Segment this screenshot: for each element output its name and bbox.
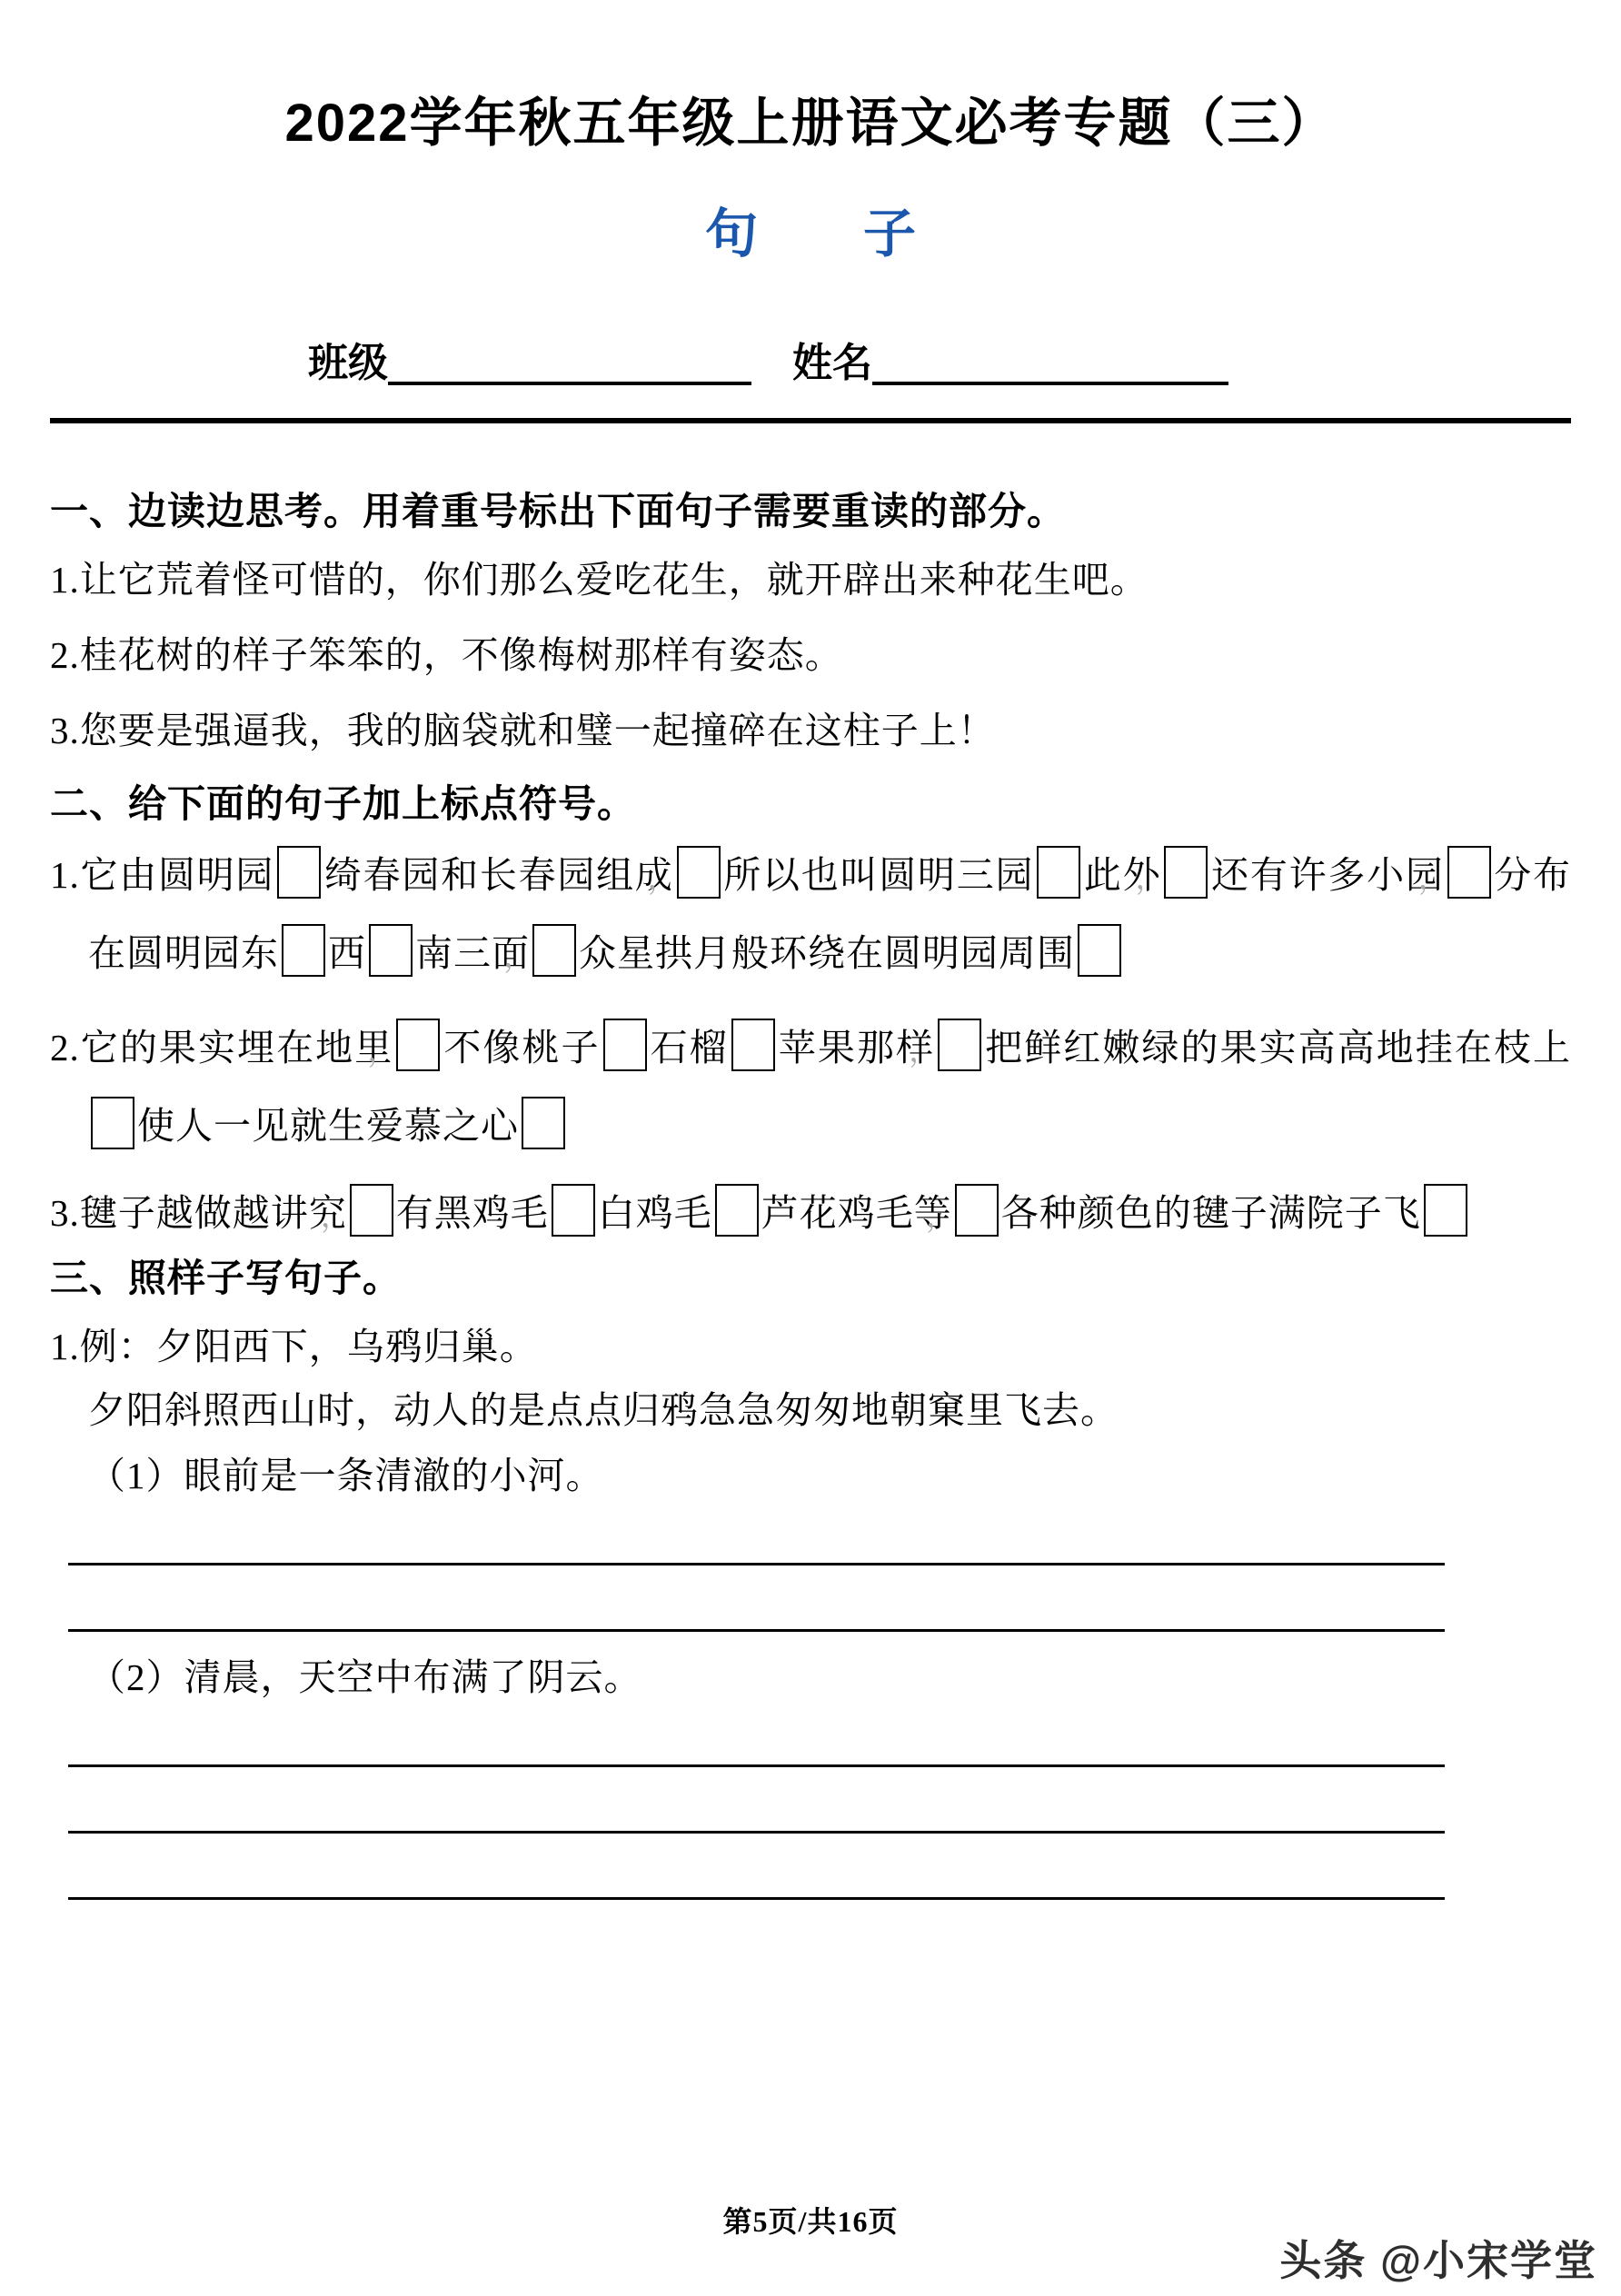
question-item: 1.它由圆明园绮春园和长春园组成，所以也叫圆明三园此外，还有许多小园，分布在圆明… bbox=[50, 836, 1571, 992]
question-number: 3. bbox=[50, 710, 80, 751]
punctuation-box[interactable] bbox=[552, 1184, 595, 1237]
punctuation-box[interactable]: ， bbox=[1164, 846, 1208, 899]
section-3-heading: 三、照样子写句子。 bbox=[50, 1256, 1571, 1301]
name-label: 姓名 bbox=[792, 341, 872, 385]
question-number: 2. bbox=[50, 1027, 80, 1068]
answer-line[interactable] bbox=[68, 1897, 1445, 1900]
question-number: 1. bbox=[50, 854, 80, 896]
watermark: 头条 @小宋学堂 bbox=[1279, 2228, 1597, 2288]
question-item: 3.您要是强逼我，我的脑袋就和璧一起撞碎在这柱子上！ bbox=[50, 707, 1571, 754]
section-2-heading: 二、给下面的句子加上标点符号。 bbox=[50, 781, 1571, 827]
punctuation-box[interactable] bbox=[715, 1184, 759, 1237]
punctuation-box[interactable]: ， bbox=[938, 1019, 981, 1071]
class-blank-line[interactable] bbox=[388, 342, 751, 385]
class-label: 班级 bbox=[308, 341, 388, 385]
section-pattern-writing: 三、照样子写句子。 1.例：夕阳西下，乌鸦归巢。 夕阳斜照西山时，动人的是点点归… bbox=[50, 1256, 1571, 1900]
example-item: 1.例：夕阳西下，乌鸦归巢。 bbox=[50, 1323, 1571, 1370]
punctuation-box[interactable] bbox=[522, 1097, 565, 1149]
page-subtitle: 句 子 bbox=[50, 202, 1571, 267]
example-expansion: 夕阳斜照西山时，动人的是点点归鸦急急匆匆地朝窠里飞去。 bbox=[50, 1387, 1571, 1434]
answer-line[interactable] bbox=[68, 1563, 1445, 1565]
section-2-items: 1.它由圆明园绮春园和长春园组成，所以也叫圆明三园此外，还有许多小园，分布在圆明… bbox=[50, 836, 1571, 1252]
question-item: 2.桂花树的样子笨笨的，不像梅树那样有姿态。 bbox=[50, 631, 1571, 679]
punctuation-box[interactable] bbox=[1424, 1184, 1467, 1237]
punctuation-box[interactable] bbox=[731, 1019, 775, 1071]
question-item: 1.让它荒着怪可惜的，你们那么爱吃花生，就开辟出来种花生吧。 bbox=[50, 556, 1571, 603]
section-1-heading: 一、边读边思考。用着重号标出下面句子需要重读的部分。 bbox=[50, 489, 1571, 534]
question-number: 3. bbox=[50, 1192, 80, 1234]
question-number: 1. bbox=[50, 559, 80, 601]
header-divider bbox=[50, 418, 1571, 423]
punctuation-box[interactable] bbox=[1078, 924, 1121, 977]
punctuation-box[interactable] bbox=[369, 924, 413, 977]
answer-line[interactable] bbox=[68, 1831, 1445, 1834]
answer-line[interactable] bbox=[68, 1629, 1445, 1632]
section-emphasis: 一、边读边思考。用着重号标出下面句子需要重读的部分。 1.让它荒着怪可惜的，你们… bbox=[50, 489, 1571, 754]
example-number: 1. bbox=[50, 1326, 80, 1367]
question-item: 3.毽子越做越讲究，有黑鸡毛白鸡毛芦花鸡毛等，各种颜色的毽子满院子飞 bbox=[50, 1174, 1571, 1252]
punctuation-box[interactable] bbox=[603, 1019, 647, 1071]
punctuation-box[interactable] bbox=[282, 924, 325, 977]
punctuation-box[interactable]: ， bbox=[955, 1184, 999, 1237]
name-blank-line[interactable] bbox=[872, 342, 1228, 385]
section-1-items: 1.让它荒着怪可惜的，你们那么爱吃花生，就开辟出来种花生吧。2.桂花树的样子笨笨… bbox=[50, 556, 1571, 754]
page-title: 2022学年秋五年级上册语文必考专题（三） bbox=[50, 91, 1571, 156]
student-info-row: 班级姓名 bbox=[308, 342, 1571, 385]
punctuation-box[interactable]: ， bbox=[532, 924, 576, 977]
section-3-prompts: （1）眼前是一条清澈的小河。（2）清晨，天空中布满了阴云。 bbox=[50, 1452, 1571, 1900]
question-item: 2.它的果实埋在地里，不像桃子石榴苹果那样，把鲜红嫩绿的果实高高地挂在枝上使人一… bbox=[50, 1009, 1571, 1165]
punctuation-box[interactable] bbox=[91, 1097, 134, 1149]
punctuation-box[interactable] bbox=[1037, 846, 1080, 899]
punctuation-box[interactable] bbox=[277, 846, 321, 899]
prompt-sentence: （2）清晨，天空中布满了阴云。 bbox=[50, 1654, 1571, 1701]
prompt-sentence: （1）眼前是一条清澈的小河。 bbox=[50, 1452, 1571, 1499]
worksheet-page: 2022学年秋五年级上册语文必考专题（三） 句 子 班级姓名 一、边读边思考。用… bbox=[0, 0, 1621, 2296]
example-sentence: 例：夕阳西下，乌鸦归巢。 bbox=[80, 1326, 538, 1367]
punctuation-box[interactable]: ， bbox=[350, 1184, 393, 1237]
section-punctuation: 二、给下面的句子加上标点符号。 1.它由圆明园绮春园和长春园组成，所以也叫圆明三… bbox=[50, 781, 1571, 1252]
punctuation-box[interactable]: ， bbox=[677, 846, 721, 899]
punctuation-box[interactable]: ， bbox=[1447, 846, 1491, 899]
punctuation-box[interactable]: ， bbox=[396, 1019, 440, 1071]
answer-line[interactable] bbox=[68, 1764, 1445, 1767]
question-number: 2. bbox=[50, 634, 80, 676]
